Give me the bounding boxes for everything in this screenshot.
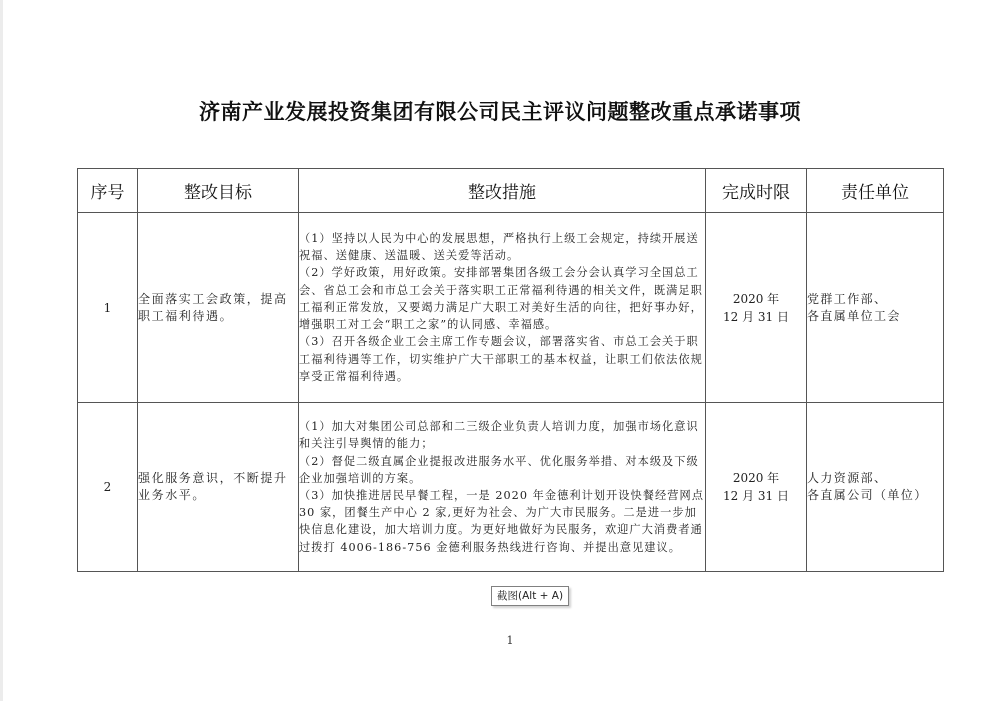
header-measures: 整改措施 xyxy=(299,169,706,213)
row-goal: 强化服务意识，不断提升业务水平。 xyxy=(138,403,299,572)
unit-line: 党群工作部、 xyxy=(807,291,943,308)
measure-item: （1）坚持以人民为中心的发展思想，严格执行上级工会规定，持续开展送祝福、送健康、… xyxy=(299,230,705,264)
row-measures: （1）加大对集团公司总部和二三级企业负责人培训力度，加强市场化意识和关注引导舆情… xyxy=(299,403,706,572)
measure-item: （1）加大对集团公司总部和二三级企业负责人培训力度，加强市场化意识和关注引导舆情… xyxy=(299,418,705,452)
header-unit: 责任单位 xyxy=(807,169,944,213)
row-unit: 党群工作部、 各直属单位工会 xyxy=(807,213,944,403)
deadline-day: 12 月 31 日 xyxy=(706,308,806,326)
measure-item: （2）学好政策，用好政策。安排部署集团各级工会分会认真学习全国总工会、省总工会和… xyxy=(299,264,705,333)
table-row: 1 全面落实工会政策，提高职工福利待遇。 （1）坚持以人民为中心的发展思想，严格… xyxy=(78,213,944,403)
header-goal: 整改目标 xyxy=(138,169,299,213)
screenshot-tooltip: 截图(Alt + A) xyxy=(491,586,569,606)
measure-item: （2）督促二级直属企业提报改进服务水平、优化服务举措、对本级及下级企业加强培训的… xyxy=(299,453,705,487)
deadline-year: 2020 年 xyxy=(706,290,806,308)
row-measures: （1）坚持以人民为中心的发展思想，严格执行上级工会规定，持续开展送祝福、送健康、… xyxy=(299,213,706,403)
document-title: 济南产业发展投资集团有限公司民主评议问题整改重点承诺事项 xyxy=(0,96,1000,126)
table-header-row: 序号 整改目标 整改措施 完成时限 责任单位 xyxy=(78,169,944,213)
unit-line: 人力资源部、 xyxy=(807,470,943,487)
row-goal: 全面落实工会政策，提高职工福利待遇。 xyxy=(138,213,299,403)
row-unit: 人力资源部、 各直属公司（单位） xyxy=(807,403,944,572)
commitments-table: 序号 整改目标 整改措施 完成时限 责任单位 1 全面落实工会政策，提高职工福利… xyxy=(77,168,944,572)
header-deadline: 完成时限 xyxy=(706,169,807,213)
row-number: 2 xyxy=(78,403,138,572)
row-deadline: 2020 年 12 月 31 日 xyxy=(706,403,807,572)
measure-item: （3）加快推进居民早餐工程，一是 2020 年金德利计划开设快餐经营网点 30 … xyxy=(299,487,705,556)
table-row: 2 强化服务意识，不断提升业务水平。 （1）加大对集团公司总部和二三级企业负责人… xyxy=(78,403,944,572)
header-num: 序号 xyxy=(78,169,138,213)
measure-item: （3）召开各级企业工会主席工作专题会议，部署落实省、市总工会关于职工福利待遇等工… xyxy=(299,333,705,385)
deadline-year: 2020 年 xyxy=(706,469,806,487)
unit-line: 各直属单位工会 xyxy=(807,308,943,325)
row-number: 1 xyxy=(78,213,138,403)
page-number: 1 xyxy=(0,634,1000,647)
row-deadline: 2020 年 12 月 31 日 xyxy=(706,213,807,403)
unit-line: 各直属公司（单位） xyxy=(807,487,943,504)
deadline-day: 12 月 31 日 xyxy=(706,487,806,505)
